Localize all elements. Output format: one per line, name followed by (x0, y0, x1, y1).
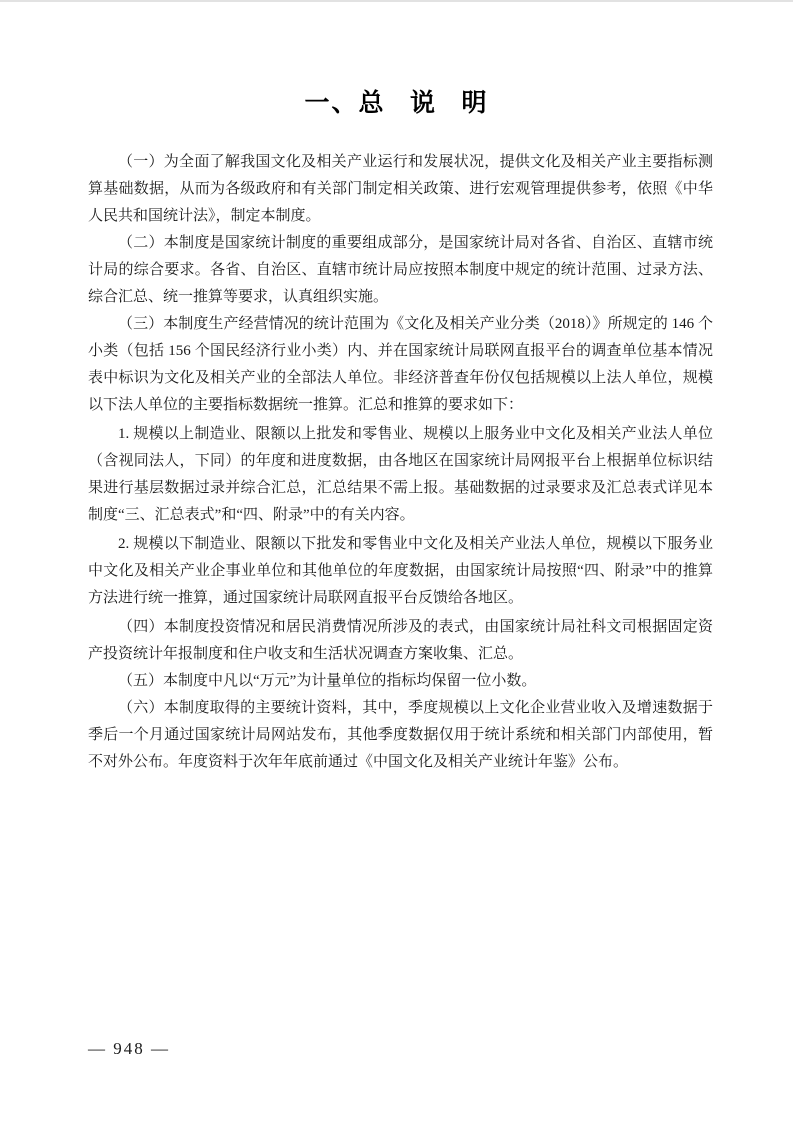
page-number: — 948 — (88, 1038, 170, 1060)
paragraph-1: （一）为全面了解我国文化及相关产业运行和发展状况，提供文化及相关产业主要指标测算… (88, 149, 713, 230)
document-page: 一、总 说 明 （一）为全面了解我国文化及相关产业运行和发展状况，提供文化及相关… (0, 0, 793, 1122)
paragraph-2: （二）本制度是国家统计制度的重要组成部分，是国家统计局对各省、自治区、直辖市统计… (88, 230, 713, 311)
paragraph-4: （四）本制度投资情况和居民消费情况所涉及的表式，由国家统计局社科文司根据固定资产… (88, 614, 713, 668)
paragraph-6: （六）本制度取得的主要统计资料，其中，季度规模以上文化企业营业收入及增速数据于季… (88, 695, 713, 776)
paragraph-item-1: 1. 规模以上制造业、限额以上批发和零售业、规模以上服务业中文化及相关产业法人单… (88, 421, 713, 529)
paragraph-item-2: 2. 规模以下制造业、限额以下批发和零售业中文化及相关产业法人单位，规模以下服务… (88, 531, 713, 612)
paragraph-5: （五）本制度中凡以“万元”为计量单位的指标均保留一位小数。 (88, 668, 713, 695)
document-body: （一）为全面了解我国文化及相关产业运行和发展状况，提供文化及相关产业主要指标测算… (88, 149, 713, 776)
page-title: 一、总 说 明 (0, 86, 793, 120)
paragraph-3: （三）本制度生产经营情况的统计范围为《文化及相关产业分类（2018）》所规定的 … (88, 311, 713, 419)
